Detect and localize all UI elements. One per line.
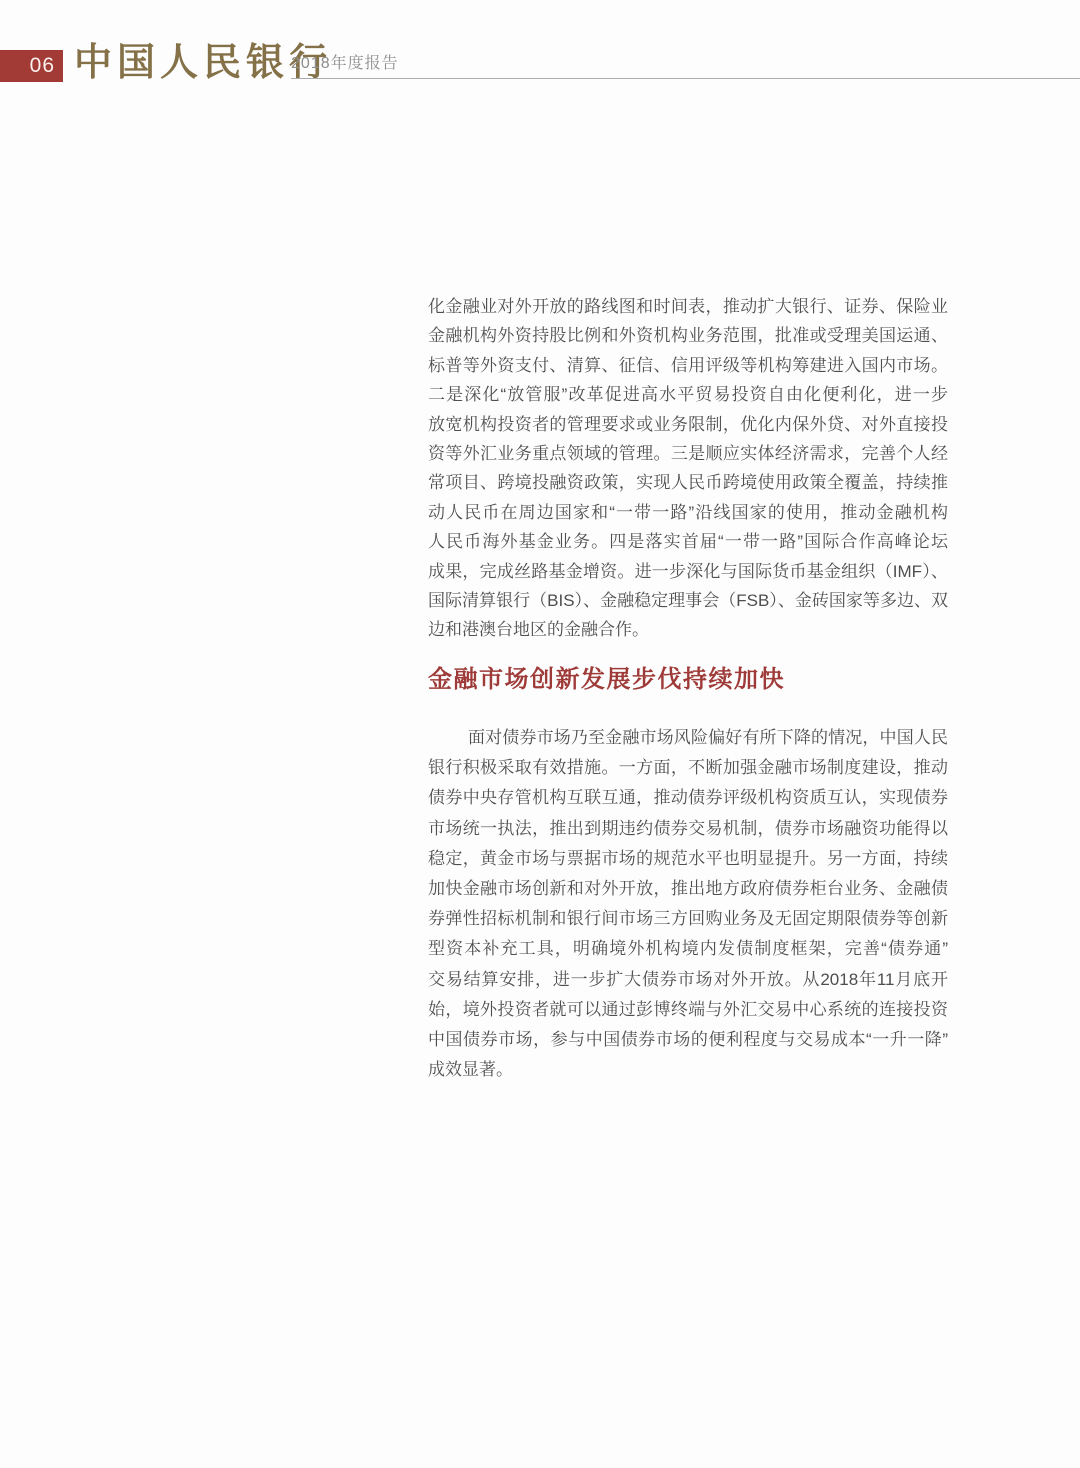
- text-line: 面对债券市场乃至金融市场风险偏好有所下降的情况，中国人民: [428, 723, 948, 753]
- page-number: 06: [30, 54, 55, 77]
- text-line: 二是深化“放管服”改革促进高水平贸易投资自由化便利化，进一步: [428, 380, 948, 409]
- text-line: 国际清算银行（BIS）、金融稳定理事会（FSB）、金砖国家等多边、双: [428, 586, 948, 615]
- text-line: 型资本补充工具，明确境外机构境内发债制度框架，完善“债券通”: [428, 934, 948, 964]
- text-line: 交易结算安排，进一步扩大债券市场对外开放。从2018年11月底开: [428, 965, 948, 995]
- text-line: 常项目、跨境投融资政策，实现人民币跨境使用政策全覆盖，持续推: [428, 468, 948, 497]
- text-line: 成效显著。: [428, 1055, 948, 1085]
- text-line: 始，境外投资者就可以通过彭博终端与外汇交易中心系统的连接投资: [428, 995, 948, 1025]
- text-line: 放宽机构投资者的管理要求或业务限制，优化内保外贷、对外直接投: [428, 410, 948, 439]
- text-line: 人民币海外基金业务。四是落实首届“一带一路”国际合作高峰论坛: [428, 527, 948, 556]
- text-line: 稳定，黄金市场与票据市场的规范水平也明显提升。另一方面，持续: [428, 844, 948, 874]
- text-line: 边和港澳台地区的金融合作。: [428, 615, 948, 644]
- text-line: 债券中央存管机构互联互通，推动债券评级机构资质互认，实现债券: [428, 783, 948, 813]
- text-line: 银行积极采取有效措施。一方面，不断加强金融市场制度建设，推动: [428, 753, 948, 783]
- text-line: 券弹性招标机制和银行间市场三方回购业务及无固定期限债券等创新: [428, 904, 948, 934]
- header-divider-line: [291, 78, 1080, 79]
- section-heading: 金融市场创新发展步伐持续加快: [428, 664, 785, 696]
- paragraph-financial-markets: 面对债券市场乃至金融市场风险偏好有所下降的情况，中国人民 银行积极采取有效措施。…: [428, 723, 948, 1085]
- text-line: 标普等外资支付、清算、征信、信用评级等机构筹建进入国内市场。: [428, 351, 948, 380]
- text-line: 市场统一执法，推出到期违约债券交易机制，债券市场融资功能得以: [428, 814, 948, 844]
- paragraph-continued: 化金融业对外开放的路线图和时间表，推动扩大银行、证券、保险业 金融机构外资持股比…: [428, 292, 948, 645]
- text-line: 动人民币在周边国家和“一带一路”沿线国家的使用，推动金融机构: [428, 498, 948, 527]
- text-line: 成果，完成丝路基金增资。进一步深化与国际货币基金组织（IMF）、: [428, 557, 948, 586]
- text-line: 加快金融市场创新和对外开放，推出地方政府债券柜台业务、金融债: [428, 874, 948, 904]
- report-page: 06 中国人民银行 2018年度报告 化金融业对外开放的路线图和时间表，推动扩大…: [0, 0, 1080, 1468]
- report-title-label: 2018年度报告: [291, 55, 399, 73]
- text-line: 中国债券市场，参与中国债券市场的便利程度与交易成本“一升一降”: [428, 1025, 948, 1055]
- text-line: 资等外汇业务重点领域的管理。三是顺应实体经济需求，完善个人经: [428, 439, 948, 468]
- page-number-badge: 06: [0, 50, 63, 82]
- text-line: 化金融业对外开放的路线图和时间表，推动扩大银行、证券、保险业: [428, 292, 948, 321]
- text-line: 金融机构外资持股比例和外资机构业务范围，批准或受理美国运通、: [428, 321, 948, 350]
